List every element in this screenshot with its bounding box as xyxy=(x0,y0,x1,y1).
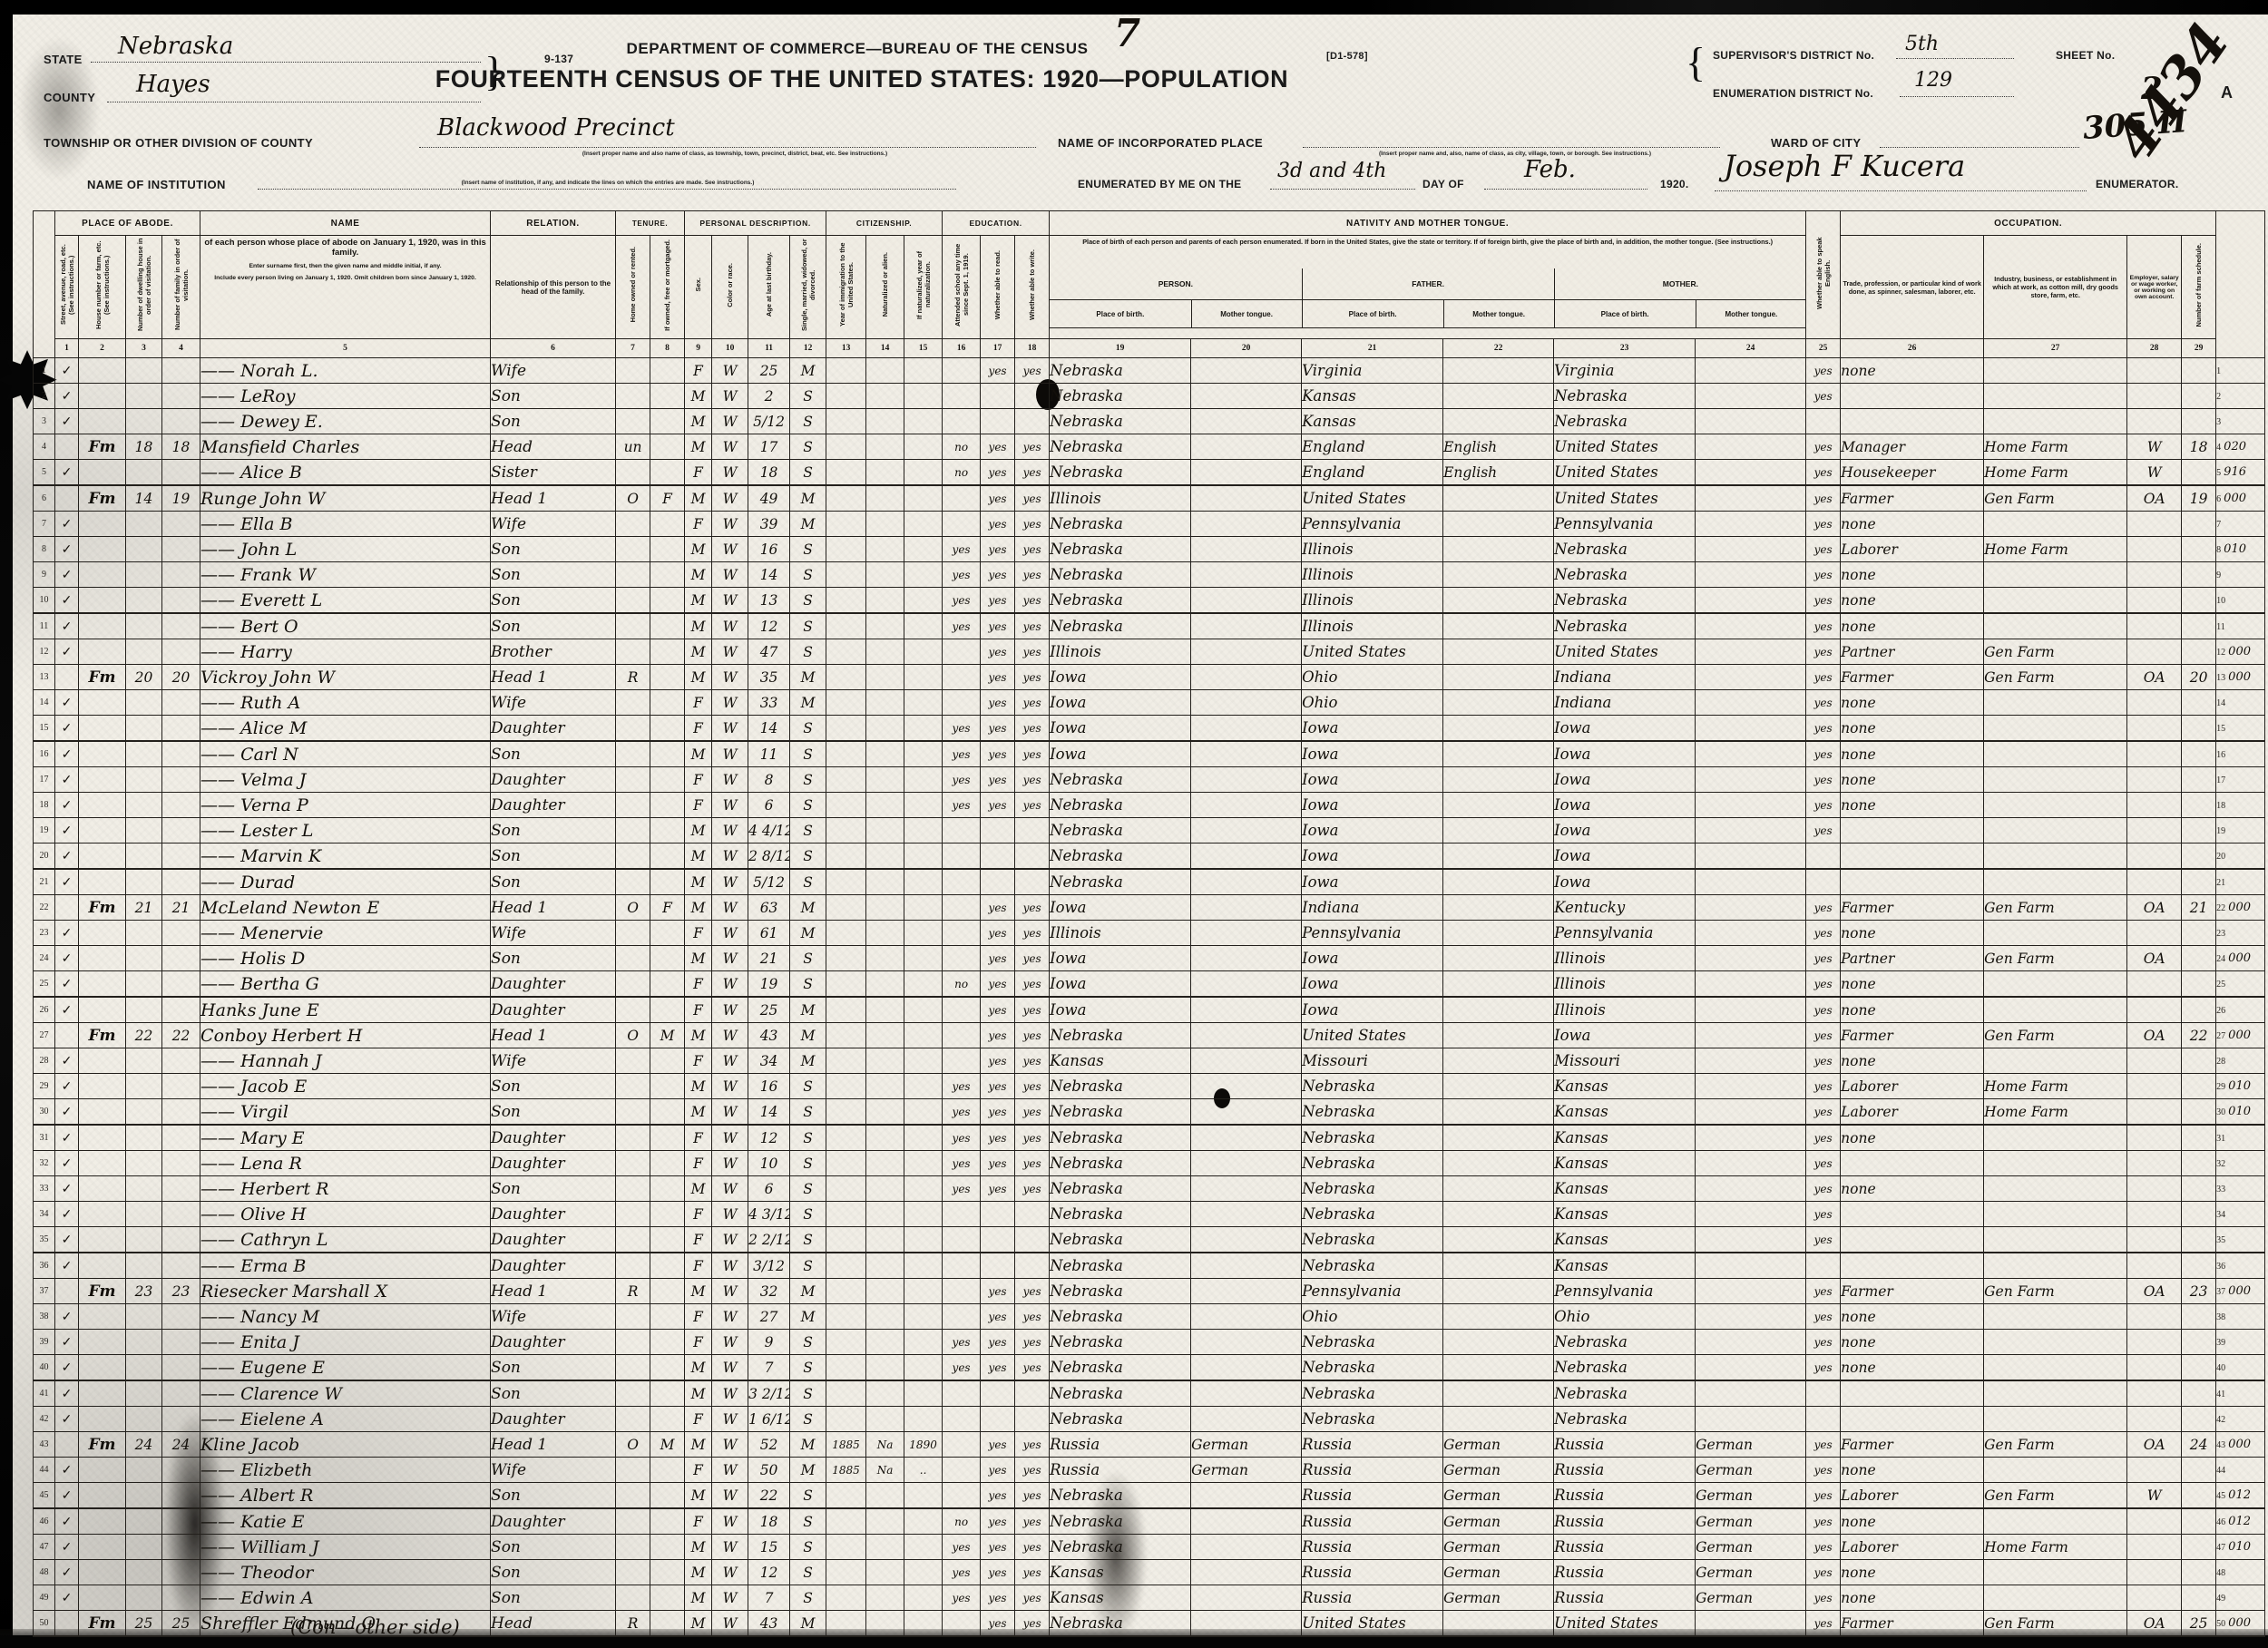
column-number: 28 xyxy=(2127,339,2182,358)
cell-c4: 25 xyxy=(162,1611,200,1637)
cell-c20: German xyxy=(1191,1458,1302,1483)
cell-c24 xyxy=(1696,1074,1806,1099)
cell-c9: M xyxy=(685,384,712,409)
cell-c16: yes xyxy=(943,1074,981,1099)
cell-c10: W xyxy=(712,1099,748,1126)
cell-c27 xyxy=(1984,1508,2127,1535)
cell-c23: Illinois xyxy=(1554,997,1696,1023)
cell-c23: Nebraska xyxy=(1554,613,1696,639)
line-number-left: 20 xyxy=(34,844,55,870)
cell-c13 xyxy=(826,1611,866,1637)
cell-c2: Fm xyxy=(79,434,126,460)
line-number-left: 38 xyxy=(34,1304,55,1330)
cell-c20 xyxy=(1191,1585,1302,1611)
cell-c9: F xyxy=(685,997,712,1023)
cell-c25: yes xyxy=(1806,358,1841,384)
cell-c25: yes xyxy=(1806,1611,1841,1637)
margin-note: 012 xyxy=(2228,1488,2251,1502)
cell-c4 xyxy=(162,921,200,946)
cell-c3 xyxy=(126,1151,162,1176)
cell-c19: Nebraska xyxy=(1050,1099,1191,1126)
cell-c29: 23 xyxy=(2182,1279,2216,1304)
cell-c18: yes xyxy=(1015,485,1050,512)
cell-c26: Laborer xyxy=(1841,1099,1984,1126)
cell-c8 xyxy=(650,971,685,998)
cell-c22 xyxy=(1443,409,1554,434)
cell-c27 xyxy=(1984,1407,2127,1432)
cell-c21: Nebraska xyxy=(1302,1125,1443,1151)
cell-c20 xyxy=(1191,971,1302,998)
cell-c11: 32 xyxy=(748,1279,790,1304)
cell-c24 xyxy=(1696,895,1806,921)
cell-c23: Pennsylvania xyxy=(1554,512,1696,537)
cell-c19: Iowa xyxy=(1050,741,1191,767)
cell-c19: Iowa xyxy=(1050,895,1191,921)
cell-c21: Ohio xyxy=(1302,665,1443,690)
cell-c24 xyxy=(1696,1202,1806,1227)
cell-c6: Wife xyxy=(491,921,616,946)
cell-c5: Runge John W xyxy=(200,485,491,512)
cell-c23: Illinois xyxy=(1554,946,1696,971)
cell-c8 xyxy=(650,1048,685,1074)
cell-c23: Iowa xyxy=(1554,818,1696,844)
cell-c16 xyxy=(943,1227,981,1253)
cell-c21: Pennsylvania xyxy=(1302,512,1443,537)
cell-c24 xyxy=(1696,1407,1806,1432)
cell-c23: Virginia xyxy=(1554,358,1696,384)
cell-c2 xyxy=(79,997,126,1023)
cell-c24 xyxy=(1696,818,1806,844)
cell-c19: Nebraska xyxy=(1050,869,1191,895)
cell-c1: ✓ xyxy=(55,1407,79,1432)
cell-c24: German xyxy=(1696,1560,1806,1585)
cell-c27: Gen Farm xyxy=(1984,1279,2127,1304)
cell-c22 xyxy=(1443,1048,1554,1074)
cell-c9: M xyxy=(685,434,712,460)
cell-c5: —— Clarence W xyxy=(200,1380,491,1407)
col-immigration-label: Year of immigration to the United States… xyxy=(837,236,855,334)
cell-c27 xyxy=(1984,997,2127,1023)
cell-c10: W xyxy=(712,997,748,1023)
cell-c19: Nebraska xyxy=(1050,1151,1191,1176)
subgroup-father: FATHER. xyxy=(1302,268,1554,300)
name-desc-1: of each person whose place of abode on J… xyxy=(203,238,487,258)
census-row: 27Fm2222Conboy Herbert HHead 1OMMW43Myes… xyxy=(34,1023,2265,1048)
cell-c26 xyxy=(1841,1380,1984,1407)
cell-c16 xyxy=(943,1407,981,1432)
line-number-left: 14 xyxy=(34,690,55,716)
cell-c27 xyxy=(1984,921,2127,946)
cell-c12: S xyxy=(790,1560,826,1585)
cell-c3: 25 xyxy=(126,1611,162,1637)
cell-c6: Wife xyxy=(491,1458,616,1483)
cell-c1: ✓ xyxy=(55,1560,79,1585)
cell-c27 xyxy=(1984,562,2127,588)
line-number-left: 47 xyxy=(34,1535,55,1560)
cell-c18: yes xyxy=(1015,665,1050,690)
cell-c7 xyxy=(616,1176,650,1202)
cell-c17: yes xyxy=(981,971,1015,998)
cell-c22 xyxy=(1443,844,1554,870)
cell-c15 xyxy=(904,818,943,844)
cell-c21: Iowa xyxy=(1302,793,1443,818)
cell-c27 xyxy=(1984,1048,2127,1074)
cell-c13 xyxy=(826,1227,866,1253)
cell-c13 xyxy=(826,844,866,870)
cell-c12: S xyxy=(790,767,826,793)
cell-c16: yes xyxy=(943,1330,981,1355)
cell-c11: 21 xyxy=(748,946,790,971)
cell-c13 xyxy=(826,1585,866,1611)
institution-note: (Insert name of institution, if any, and… xyxy=(272,180,943,186)
cell-c25: yes xyxy=(1806,946,1841,971)
cell-c8 xyxy=(650,1535,685,1560)
cell-c2 xyxy=(79,1125,126,1151)
line-number-right: 10 xyxy=(2216,588,2265,614)
cell-c1: ✓ xyxy=(55,844,79,870)
cell-c22: German xyxy=(1443,1535,1554,1560)
cell-c5: —— Harry xyxy=(200,639,491,665)
cell-c5: —— Elizbeth xyxy=(200,1458,491,1483)
cell-c2 xyxy=(79,1535,126,1560)
cell-c28 xyxy=(2127,793,2182,818)
cell-c9: F xyxy=(685,1330,712,1355)
cell-c17: yes xyxy=(981,665,1015,690)
cell-c8 xyxy=(650,997,685,1023)
cell-c10: W xyxy=(712,1432,748,1458)
cell-c25: yes xyxy=(1806,895,1841,921)
line-number-left: 36 xyxy=(34,1253,55,1279)
cell-c5: —— Eugene E xyxy=(200,1355,491,1381)
cell-c8 xyxy=(650,588,685,614)
cell-c7 xyxy=(616,1355,650,1381)
cell-c17: yes xyxy=(981,1074,1015,1099)
cell-c28 xyxy=(2127,971,2182,998)
cell-c10: W xyxy=(712,1535,748,1560)
column-number: 20 xyxy=(1191,339,1302,358)
cell-c12: S xyxy=(790,1151,826,1176)
col-dwelling: Number of dwelling house in order of vis… xyxy=(126,236,162,339)
cell-c27 xyxy=(1984,1560,2127,1585)
cell-c22 xyxy=(1443,358,1554,384)
cell-c14 xyxy=(866,1483,904,1509)
col-relation-desc: Relationship of this person to the head … xyxy=(491,236,616,339)
cell-c4 xyxy=(162,512,200,537)
cell-c6: Head 1 xyxy=(491,1432,616,1458)
cell-c1 xyxy=(55,665,79,690)
line-number-left: 21 xyxy=(34,869,55,895)
cell-c11: 50 xyxy=(748,1458,790,1483)
cell-c14 xyxy=(866,562,904,588)
cell-c23: Iowa xyxy=(1554,716,1696,742)
cell-c10: W xyxy=(712,793,748,818)
cell-c2 xyxy=(79,869,126,895)
cell-c23: Kansas xyxy=(1554,1227,1696,1253)
line-number-left: 11 xyxy=(34,613,55,639)
cell-c19: Nebraska xyxy=(1050,1611,1191,1637)
line-number-right: 26 xyxy=(2216,997,2265,1023)
census-row: 39✓—— Enita JDaughterFW9SyesyesyesNebras… xyxy=(34,1330,2265,1355)
column-number: 3 xyxy=(126,339,162,358)
cell-c24 xyxy=(1696,1227,1806,1253)
cell-c23: Kansas xyxy=(1554,1151,1696,1176)
cell-c1: ✓ xyxy=(55,384,79,409)
cell-c1: ✓ xyxy=(55,1074,79,1099)
cell-c4: 20 xyxy=(162,665,200,690)
margin-note: 000 xyxy=(2228,1438,2251,1451)
enumerator-value: Joseph F Kucera xyxy=(1724,149,1965,183)
cell-c23: Kansas xyxy=(1554,1202,1696,1227)
cell-c6: Head 1 xyxy=(491,665,616,690)
line-number-right: 3 xyxy=(2216,409,2265,434)
cell-c26: none xyxy=(1841,1176,1984,1202)
cell-c18: yes xyxy=(1015,639,1050,665)
cell-c24 xyxy=(1696,741,1806,767)
cell-c8 xyxy=(650,869,685,895)
cell-c12: M xyxy=(790,1611,826,1637)
cell-c26: Laborer xyxy=(1841,537,1984,562)
cell-c4 xyxy=(162,1304,200,1330)
cell-c11: 14 xyxy=(748,1099,790,1126)
cell-c5: —— Olive H xyxy=(200,1202,491,1227)
cell-c18: yes xyxy=(1015,588,1050,614)
cell-c29: 22 xyxy=(2182,1023,2216,1048)
line-number-right: 9 xyxy=(2216,562,2265,588)
cell-c23: Missouri xyxy=(1554,1048,1696,1074)
cell-c16 xyxy=(943,1253,981,1279)
cell-c22 xyxy=(1443,921,1554,946)
col-family-label: Number of family in order of visitation. xyxy=(172,236,191,334)
cell-c16: no xyxy=(943,1508,981,1535)
cell-c6: Son xyxy=(491,1074,616,1099)
cell-c15 xyxy=(904,690,943,716)
cell-c14 xyxy=(866,1304,904,1330)
cell-c18 xyxy=(1015,409,1050,434)
line-number-left: 24 xyxy=(34,946,55,971)
line-number-left: 48 xyxy=(34,1560,55,1585)
cell-c29 xyxy=(2182,1074,2216,1099)
cell-c12: S xyxy=(790,562,826,588)
cell-c23: Kansas xyxy=(1554,1176,1696,1202)
nativity-header-block: Place of birth of each person and parent… xyxy=(1050,236,1806,339)
cell-c9: F xyxy=(685,1253,712,1279)
cell-c7 xyxy=(616,613,650,639)
cell-c4 xyxy=(162,1125,200,1151)
cell-c22 xyxy=(1443,1125,1554,1151)
census-row: 14✓—— Ruth AWifeFW33MyesyesIowaOhioIndia… xyxy=(34,690,2265,716)
cell-c17 xyxy=(981,1202,1015,1227)
cell-c18 xyxy=(1015,384,1050,409)
line-number-left: 43 xyxy=(34,1432,55,1458)
cell-c9: M xyxy=(685,1560,712,1585)
cell-c11: 11 xyxy=(748,741,790,767)
township-value: Blackwood Precinct xyxy=(437,114,675,141)
cell-c18: yes xyxy=(1015,1279,1050,1304)
cell-c18: yes xyxy=(1015,767,1050,793)
cell-c3 xyxy=(126,1535,162,1560)
cell-c8 xyxy=(650,1074,685,1099)
cell-c22 xyxy=(1443,1304,1554,1330)
state-value: Nebraska xyxy=(118,33,233,60)
cell-c1: ✓ xyxy=(55,1585,79,1611)
margin-note: 000 xyxy=(2224,492,2246,505)
cell-c4 xyxy=(162,358,200,384)
cell-c18: yes xyxy=(1015,1023,1050,1048)
cell-c1: ✓ xyxy=(55,1458,79,1483)
col-nat-year: If naturalized, year of naturalization. xyxy=(904,236,943,339)
cell-c9: F xyxy=(685,1508,712,1535)
cell-c26: none xyxy=(1841,1560,1984,1585)
cell-c17 xyxy=(981,384,1015,409)
cell-c8 xyxy=(650,1304,685,1330)
cell-c7 xyxy=(616,793,650,818)
cell-c19: Nebraska xyxy=(1050,562,1191,588)
page-title: FOURTEENTH CENSUS OF THE UNITED STATES: … xyxy=(381,65,1343,93)
cell-c2 xyxy=(79,562,126,588)
place-label: NAME OF INCORPORATED PLACE xyxy=(1058,136,1263,150)
cell-c10: W xyxy=(712,537,748,562)
margin-note: 010 xyxy=(2228,1079,2251,1093)
cell-c9: M xyxy=(685,409,712,434)
census-row: 25✓—— Bertha GDaughterFW19SnoyesyesIowaI… xyxy=(34,971,2265,998)
cell-c27 xyxy=(1984,971,2127,998)
cell-c12: S xyxy=(790,1202,826,1227)
cell-c23: United States xyxy=(1554,1611,1696,1637)
cell-c4 xyxy=(162,588,200,614)
cell-c13 xyxy=(826,1176,866,1202)
cell-c10: W xyxy=(712,485,748,512)
cell-c27: Home Farm xyxy=(1984,537,2127,562)
cell-c25: yes xyxy=(1806,741,1841,767)
cell-c26: none xyxy=(1841,793,1984,818)
cell-c24 xyxy=(1696,613,1806,639)
cell-c14 xyxy=(866,1202,904,1227)
cell-c14 xyxy=(866,793,904,818)
cell-c11: 43 xyxy=(748,1611,790,1637)
cell-c11: 16 xyxy=(748,1074,790,1099)
census-row: 47✓—— William JSonMW15SyesyesyesNebraska… xyxy=(34,1535,2265,1560)
cell-c17: yes xyxy=(981,1483,1015,1509)
cell-c14 xyxy=(866,1099,904,1126)
line-number-right: 11 xyxy=(2216,613,2265,639)
cell-c24 xyxy=(1696,1151,1806,1176)
cell-c14 xyxy=(866,1508,904,1535)
cell-c17: yes xyxy=(981,1432,1015,1458)
cell-c24 xyxy=(1696,1279,1806,1304)
cell-c26: Farmer xyxy=(1841,1023,1984,1048)
cell-c16 xyxy=(943,818,981,844)
cell-c3: 18 xyxy=(126,434,162,460)
cell-c29 xyxy=(2182,384,2216,409)
cell-c12: S xyxy=(790,1176,826,1202)
cell-c2 xyxy=(79,1407,126,1432)
cell-c29 xyxy=(2182,844,2216,870)
line-number-right: 18 xyxy=(2216,793,2265,818)
cell-c7 xyxy=(616,1508,650,1535)
cell-c27: Gen Farm xyxy=(1984,1611,2127,1637)
line-number-left: 2 xyxy=(34,384,55,409)
cell-c12: S xyxy=(790,384,826,409)
cell-c22 xyxy=(1443,1074,1554,1099)
cell-c3 xyxy=(126,1458,162,1483)
cell-c26: none xyxy=(1841,971,1984,998)
cell-c11: 2 2/12 xyxy=(748,1227,790,1253)
cell-c19: Nebraska xyxy=(1050,1407,1191,1432)
cell-c2 xyxy=(79,460,126,486)
cell-c7: R xyxy=(616,1279,650,1304)
cell-c25: yes xyxy=(1806,997,1841,1023)
cell-c25: yes xyxy=(1806,588,1841,614)
cell-c28 xyxy=(2127,869,2182,895)
cell-c3 xyxy=(126,1253,162,1279)
cell-c11: 7 xyxy=(748,1585,790,1611)
cell-c10: W xyxy=(712,869,748,895)
cell-c21: Iowa xyxy=(1302,767,1443,793)
cell-c14 xyxy=(866,358,904,384)
cell-c23: Nebraska xyxy=(1554,409,1696,434)
cell-c6: Head 1 xyxy=(491,1279,616,1304)
cell-c3 xyxy=(126,384,162,409)
col-school: Attended school any time since Sept. 1, … xyxy=(943,236,981,339)
cell-c18: yes xyxy=(1015,946,1050,971)
cell-c26 xyxy=(1841,384,1984,409)
cell-c24 xyxy=(1696,921,1806,946)
cell-c11: 19 xyxy=(748,971,790,998)
cell-c24: German xyxy=(1696,1458,1806,1483)
cell-c14 xyxy=(866,537,904,562)
leaf-father-pob: Place of birth. xyxy=(1302,300,1443,328)
cell-c18: yes xyxy=(1015,716,1050,742)
cell-c10: W xyxy=(712,1585,748,1611)
cell-c23: Ohio xyxy=(1554,1304,1696,1330)
col-age-label: Age at last birthday. xyxy=(764,251,774,317)
cell-c17: yes xyxy=(981,1611,1015,1637)
cell-c6: Daughter xyxy=(491,1508,616,1535)
cell-c7 xyxy=(616,1560,650,1585)
cell-c8 xyxy=(650,1279,685,1304)
group-nativity: NATIVITY AND MOTHER TONGUE. xyxy=(1050,211,1806,236)
cell-c6: Head 1 xyxy=(491,895,616,921)
column-number: 6 xyxy=(491,339,616,358)
cell-c6: Daughter xyxy=(491,716,616,742)
cell-c10: W xyxy=(712,639,748,665)
cell-c4 xyxy=(162,639,200,665)
cell-c5: —— Marvin K xyxy=(200,844,491,870)
cell-c3 xyxy=(126,562,162,588)
cell-c21: Pennsylvania xyxy=(1302,1279,1443,1304)
cell-c3 xyxy=(126,844,162,870)
cell-c12: S xyxy=(790,460,826,486)
cell-c15 xyxy=(904,409,943,434)
cell-c12: S xyxy=(790,537,826,562)
cell-c16: yes xyxy=(943,741,981,767)
cell-c13 xyxy=(826,1202,866,1227)
cell-c13 xyxy=(826,384,866,409)
census-row: 40✓—— Eugene ESonMW7SyesyesyesNebraskaNe… xyxy=(34,1355,2265,1381)
cell-c29 xyxy=(2182,741,2216,767)
cell-c20 xyxy=(1191,793,1302,818)
cell-c1: ✓ xyxy=(55,946,79,971)
cell-c8 xyxy=(650,537,685,562)
cell-c10: W xyxy=(712,716,748,742)
cell-c1: ✓ xyxy=(55,613,79,639)
cell-c6: Son xyxy=(491,946,616,971)
margin-note: 916 xyxy=(2224,465,2246,479)
cell-c2 xyxy=(79,818,126,844)
cell-c21: Missouri xyxy=(1302,1048,1443,1074)
line-number-left: 39 xyxy=(34,1330,55,1355)
cell-c5: —— Bertha G xyxy=(200,971,491,998)
